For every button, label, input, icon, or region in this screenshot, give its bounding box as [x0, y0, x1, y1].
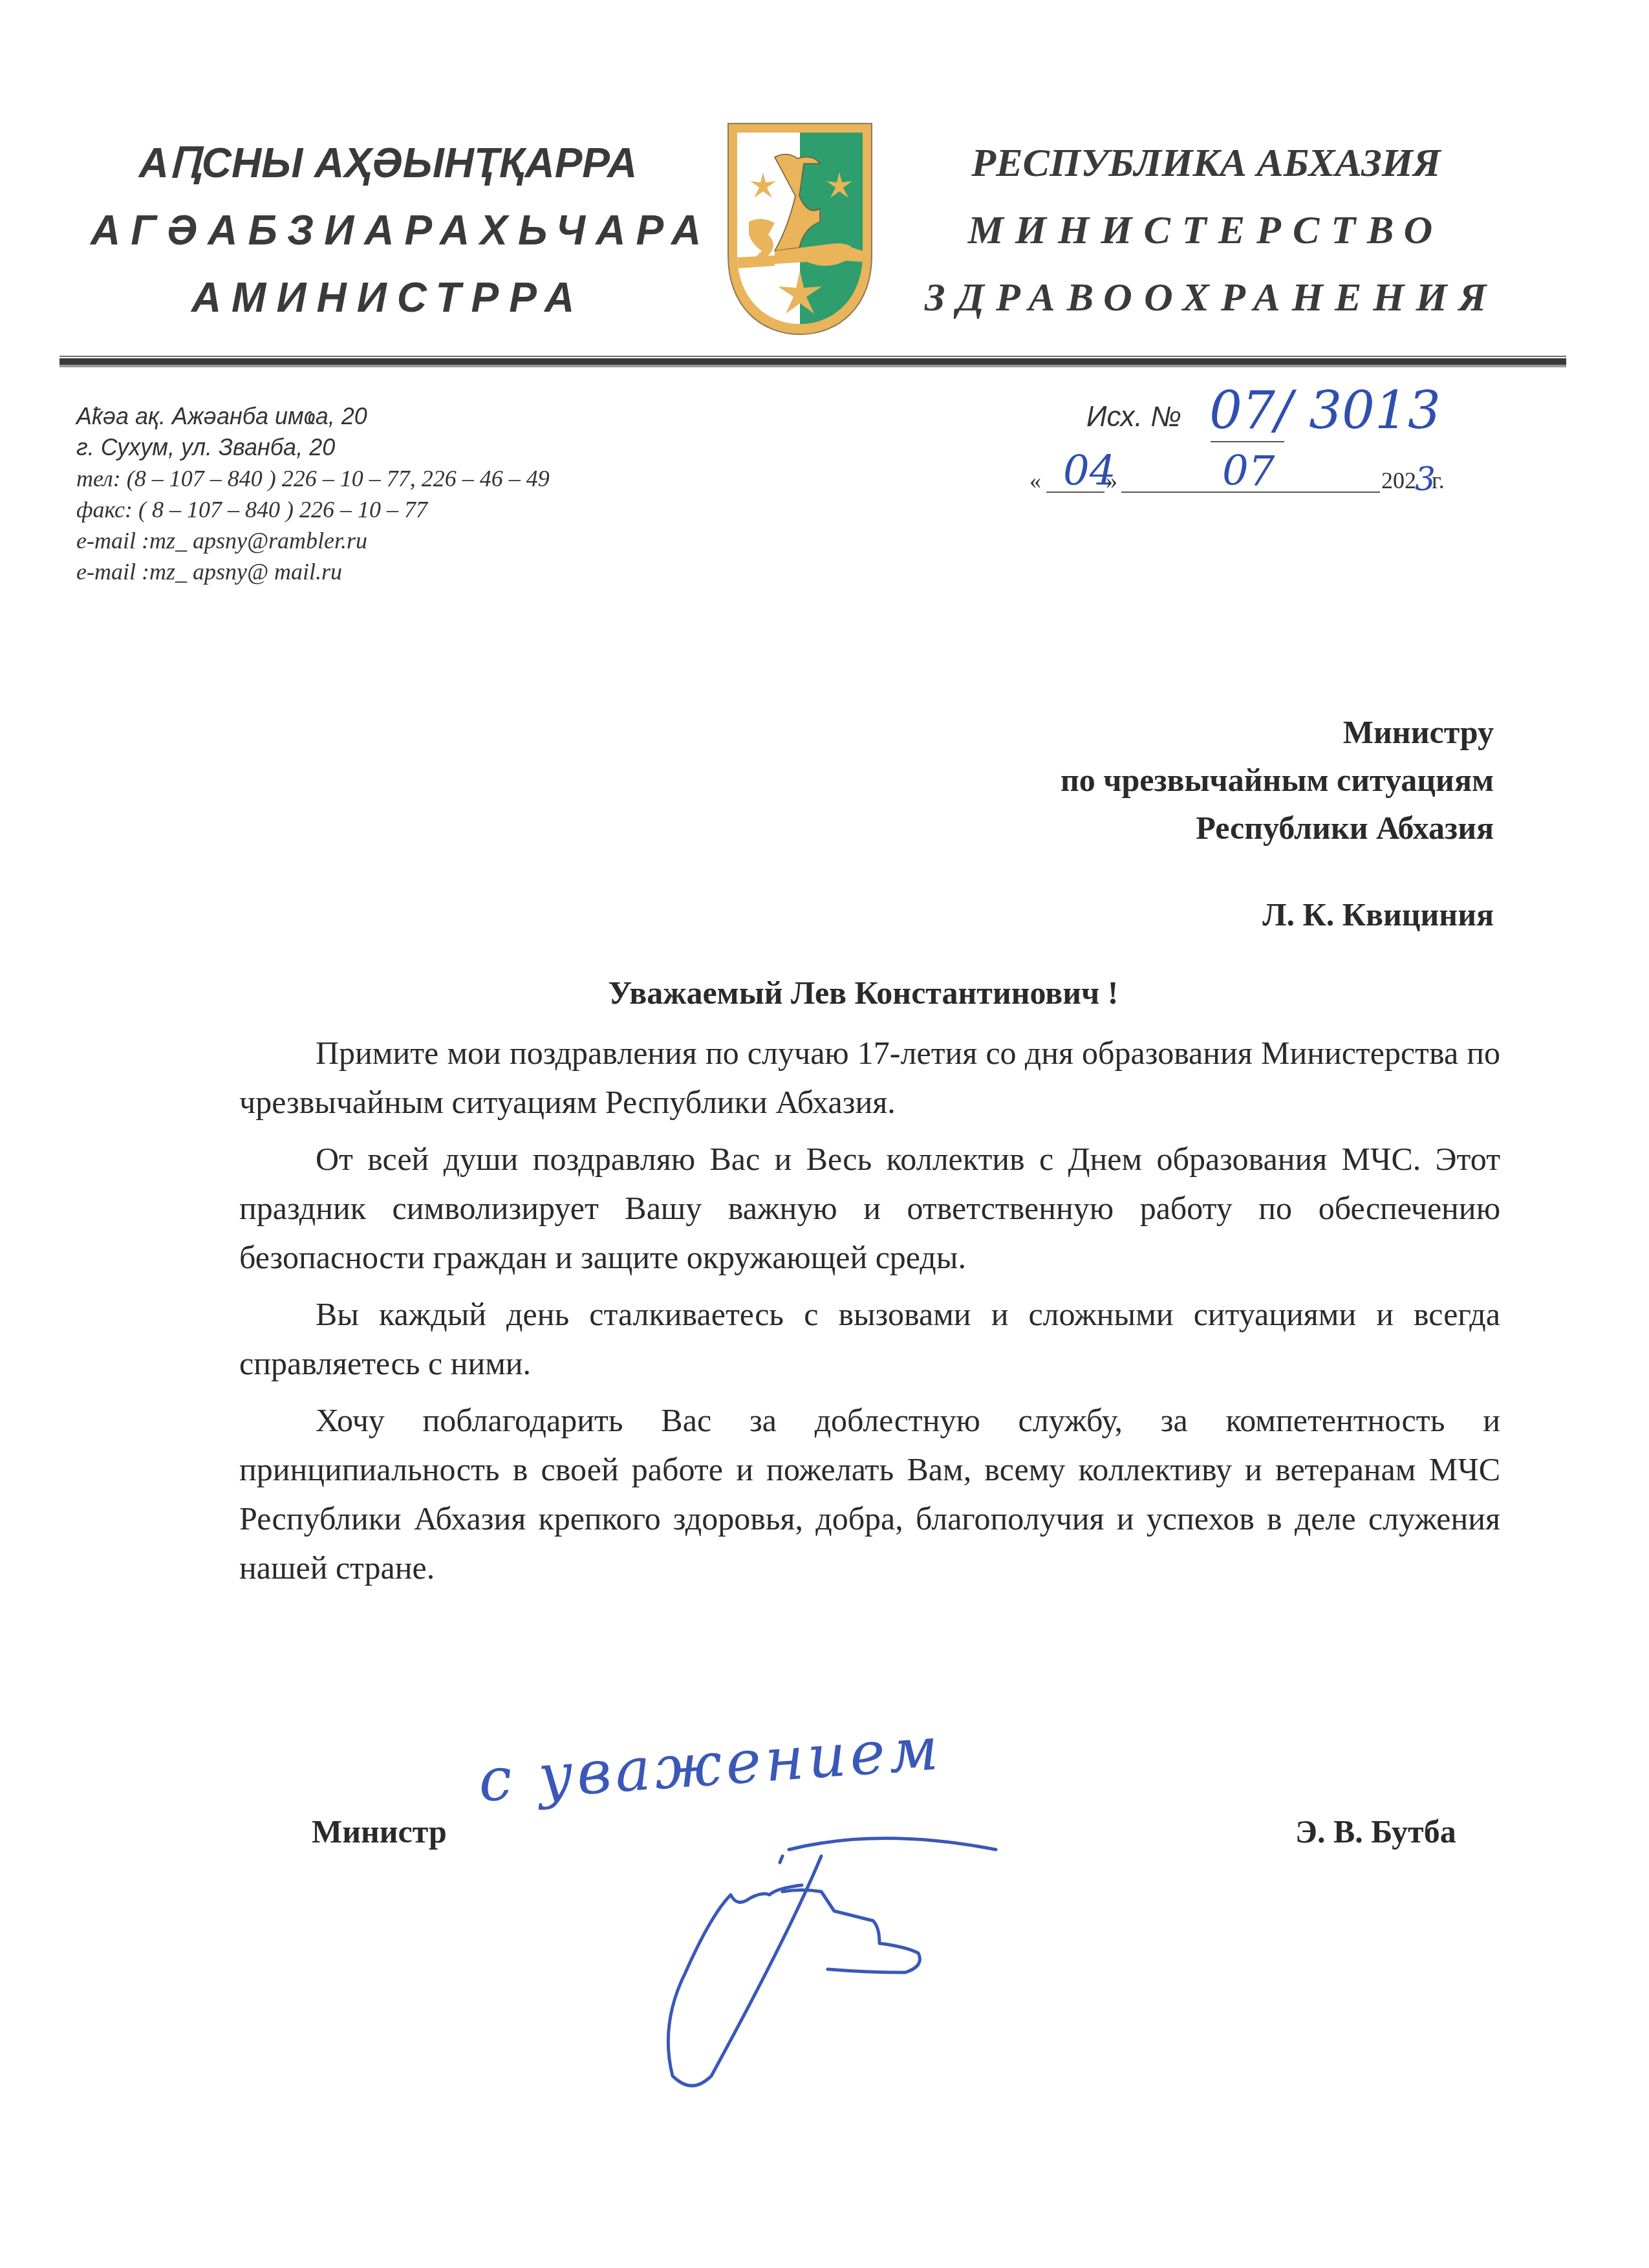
- addressee-line-1: Министру: [782, 708, 1494, 756]
- handwritten-regards: с уважением: [476, 1714, 944, 1815]
- letterhead-abkhaz-line-3: АМИНИСТРРА: [91, 264, 685, 331]
- addressee-line-2: по чрезвычайным ситуациям: [782, 756, 1494, 804]
- letter-body: Примите мои поздравления по случаю 17-ле…: [239, 1028, 1500, 1600]
- outgoing-number-label: Исх. №: [1086, 401, 1181, 433]
- salutation: Уважаемый Лев Константинович !: [233, 974, 1494, 1011]
- addressee-line-3: Республики Абхазия: [782, 804, 1494, 852]
- letterhead-abkhaz-line-2: АГӘАБЗИАРАХЬЧАРА: [91, 197, 685, 264]
- body-paragraph-3: Вы каждый день сталкиваетесь с вызовами …: [239, 1290, 1500, 1388]
- open-quote: «: [1029, 467, 1041, 494]
- letterhead-abkhaz: АԤСНЫ АҲӘЫНҬҚАРРА АГӘАБЗИАРАХЬЧАРА АМИНИ…: [91, 129, 685, 331]
- date-month-handwritten: 07: [1222, 448, 1275, 495]
- phone: тел: (8 – 107 – 840 ) 226 – 10 – 77, 226…: [76, 463, 658, 494]
- body-paragraph-1: Примите мои поздравления по случаю 17-ле…: [239, 1028, 1500, 1127]
- year-suffix: г.: [1432, 467, 1445, 494]
- addressee-name: Л. К. Квициния: [782, 891, 1494, 938]
- body-paragraph-2: От всей души поздравляю Вас и Весь колле…: [239, 1134, 1500, 1282]
- coat-of-arms-icon: [723, 118, 877, 338]
- header-divider: [59, 356, 1566, 367]
- fax: факс: ( 8 – 107 – 840 ) 226 – 10 – 77: [76, 494, 658, 525]
- letterhead-abkhaz-line-1: АԤСНЫ АҲӘЫНҬҚАРРА: [91, 129, 685, 197]
- addressee-block: Министру по чрезвычайным ситуациям Респу…: [782, 708, 1494, 938]
- signature-icon: [634, 1830, 1203, 2102]
- letterhead-russian-line-2: МИНИСТЕРСТВО: [925, 197, 1487, 264]
- year-printed: 202: [1381, 467, 1416, 494]
- letterhead-russian-line-1: РЕСПУБЛИКА АБХАЗИЯ: [925, 129, 1487, 197]
- signatory-name: Э. В. Бутба: [1295, 1813, 1456, 1850]
- address-russian: г. Сухум, ул. Званба, 20: [76, 432, 658, 463]
- address-abkhaz: Аҟәа ақ. Ажәанба имҩа, 20: [76, 401, 658, 432]
- number-underline: [1211, 441, 1284, 442]
- email-mail: e-mail :mz_ apsny@ mail.ru: [76, 556, 658, 587]
- outgoing-number-handwritten: 07/ 3013: [1209, 380, 1441, 440]
- signatory-role: Министр: [312, 1813, 447, 1850]
- outgoing-reference: Исх. № 07/ 3013 « 04 » 07 202 3 г.: [1086, 388, 1526, 504]
- email-rambler: e-mail :mz_ apsny@rambler.ru: [76, 525, 658, 556]
- close-quote: »: [1106, 467, 1117, 494]
- letterhead-russian: РЕСПУБЛИКА АБХАЗИЯ МИНИСТЕРСТВО ЗДРАВООХ…: [925, 129, 1487, 331]
- letterhead-russian-line-3: ЗДРАВООХРАНЕНИЯ: [925, 264, 1487, 331]
- contact-block: Аҟәа ақ. Ажәанба имҩа, 20 г. Сухум, ул. …: [76, 401, 658, 587]
- body-paragraph-4: Хочу поблагодарить Вас за доблестную слу…: [239, 1396, 1500, 1592]
